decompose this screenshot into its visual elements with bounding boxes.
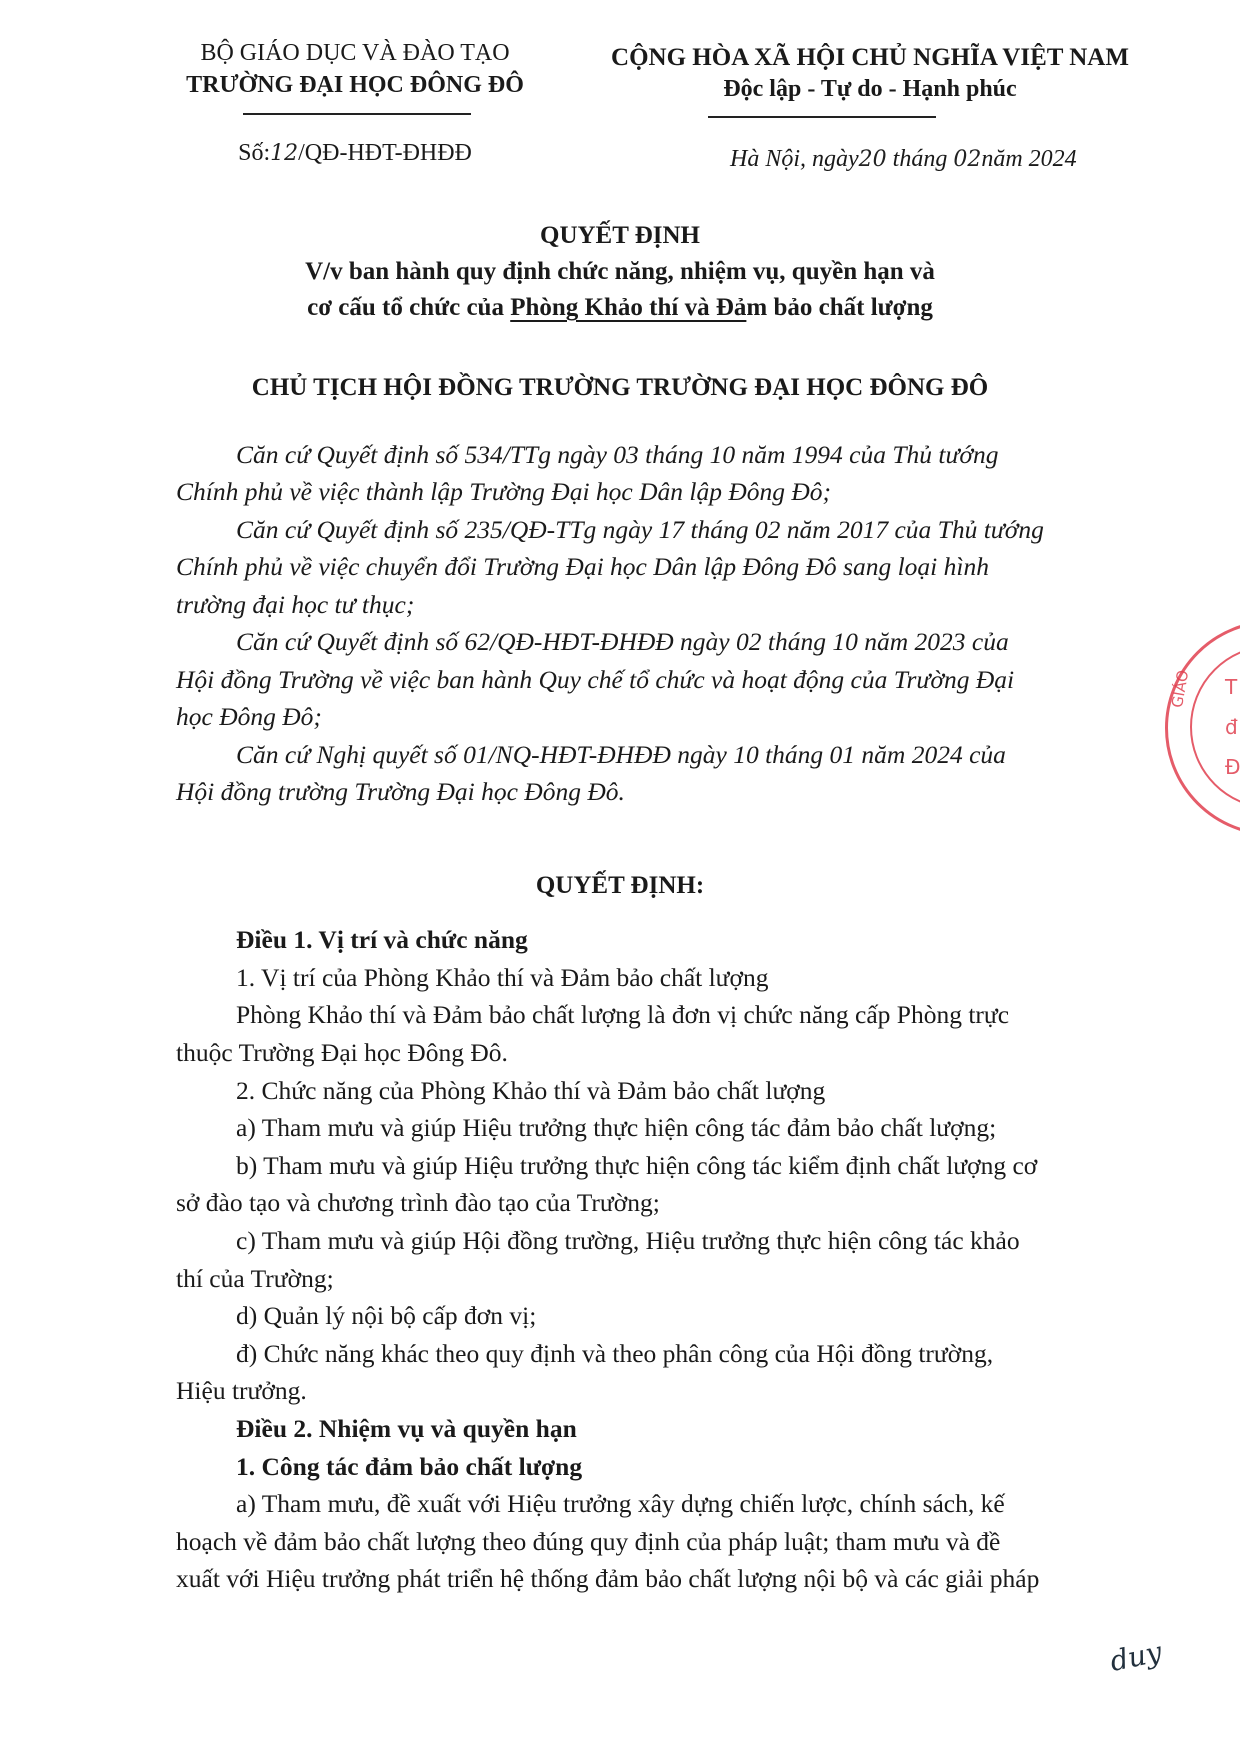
basis-line: Chính phủ về việc chuyển đổi Trường Đại … [176, 552, 989, 582]
date-day: 20 [859, 147, 887, 172]
university-name: TRƯỜNG ĐẠI HỌC ĐÔNG ĐÔ [145, 72, 565, 99]
issuing-authority: CHỦ TỊCH HỘI ĐỒNG TRƯỜNG TRƯỜNG ĐẠI HỌC … [0, 374, 1240, 402]
subject-line-2: cơ cấu tổ chức của Phòng Khảo thí và Đảm… [0, 294, 1240, 322]
body-line: sở đào tạo và chương trình đào tạo của T… [176, 1188, 660, 1218]
body-line: d) Quản lý nội bộ cấp đơn vị; [236, 1301, 536, 1331]
body-line: xuất với Hiệu trưởng phát triển hệ thống… [176, 1564, 1039, 1594]
motto-underline [708, 116, 936, 118]
date-year: năm 2024 [981, 146, 1076, 172]
national-motto: Độc lập - Tự do - Hạnh phúc [570, 76, 1170, 103]
body-line: b) Tham mưu và giúp Hiệu trưởng thực hiệ… [236, 1151, 1037, 1181]
body-line: a) Tham mưu, đề xuất với Hiệu trưởng xây… [236, 1489, 1005, 1519]
body-line: thuộc Trường Đại học Đông Đô. [176, 1038, 508, 1068]
basis-line: Hội đồng trường Trường Đại học Đông Đô. [176, 777, 625, 807]
article-1-heading: Điều 1. Vị trí và chức năng [236, 925, 528, 955]
department-name-underlined: Phòng Khảo thí và Đả [510, 294, 746, 321]
ministry-name: BỘ GIÁO DỤC VÀ ĐÀO TẠO [145, 40, 565, 67]
date-prefix: Hà Nội, ngày [730, 146, 859, 172]
date-month: 02 [953, 147, 981, 172]
basis-line: Chính phủ về việc thành lập Trường Đại h… [176, 477, 831, 507]
body-line: Hiệu trưởng. [176, 1376, 307, 1406]
body-line: hoạch về đảm bảo chất lượng theo đúng qu… [176, 1527, 1000, 1557]
body-line: 1. Vị trí của Phòng Khảo thí và Đảm bảo … [236, 963, 769, 993]
seal-mark: T [1225, 675, 1237, 699]
subject-line-1: V/v ban hành quy định chức năng, nhiệm v… [0, 258, 1240, 286]
document-type-heading: QUYẾT ĐỊNH [0, 222, 1240, 250]
seal-mark: Đ [1225, 755, 1240, 779]
body-line: a) Tham mưu và giúp Hiệu trưởng thực hiệ… [236, 1113, 996, 1143]
basis-line: Căn cứ Quyết định số 235/QĐ-TTg ngày 17 … [236, 515, 1044, 545]
decision-heading: QUYẾT ĐỊNH: [0, 872, 1240, 900]
body-line: Phòng Khảo thí và Đảm bảo chất lượng là … [236, 1000, 1009, 1030]
basis-line: Hội đồng Trường về việc ban hành Quy chế… [176, 665, 1014, 695]
basis-line: Căn cứ Quyết định số 534/TTg ngày 03 thá… [236, 440, 999, 470]
body-line: 2. Chức năng của Phòng Khảo thí và Đảm b… [236, 1076, 825, 1106]
seal-mark: đ [1225, 715, 1238, 739]
number-handwritten: 12 [270, 141, 298, 166]
initials-signature: duy [1107, 1635, 1165, 1678]
country-name: CỘNG HÒA XÃ HỘI CHỦ NGHĨA VIỆT NAM [570, 44, 1170, 72]
body-line: thí của Trường; [176, 1264, 334, 1294]
number-suffix: /QĐ-HĐT-ĐHĐĐ [298, 140, 472, 166]
body-line: c) Tham mưu và giúp Hội đồng trường, Hiệ… [236, 1226, 1020, 1256]
number-prefix: Số: [238, 140, 270, 166]
university-underline [243, 113, 471, 115]
section-heading: 1. Công tác đảm bảo chất lượng [236, 1452, 582, 1482]
body-line: đ) Chức năng khác theo quy định và theo … [236, 1339, 993, 1369]
basis-line: Căn cứ Nghị quyết số 01/NQ-HĐT-ĐHĐĐ ngày… [236, 740, 1006, 770]
article-2-heading: Điều 2. Nhiệm vụ và quyền hạn [236, 1414, 577, 1444]
basis-line: học Đông Đô; [176, 702, 322, 732]
place-date: Hà Nội, ngày20 tháng 02năm 2024 [730, 146, 1077, 173]
basis-line: trường đại học tư thục; [176, 590, 414, 620]
date-month-label: tháng [893, 146, 948, 172]
basis-line: Căn cứ Quyết định số 62/QĐ-HĐT-ĐHĐĐ ngày… [236, 627, 1009, 657]
document-number: Số:12/QĐ-HĐT-ĐHĐĐ [145, 140, 565, 167]
